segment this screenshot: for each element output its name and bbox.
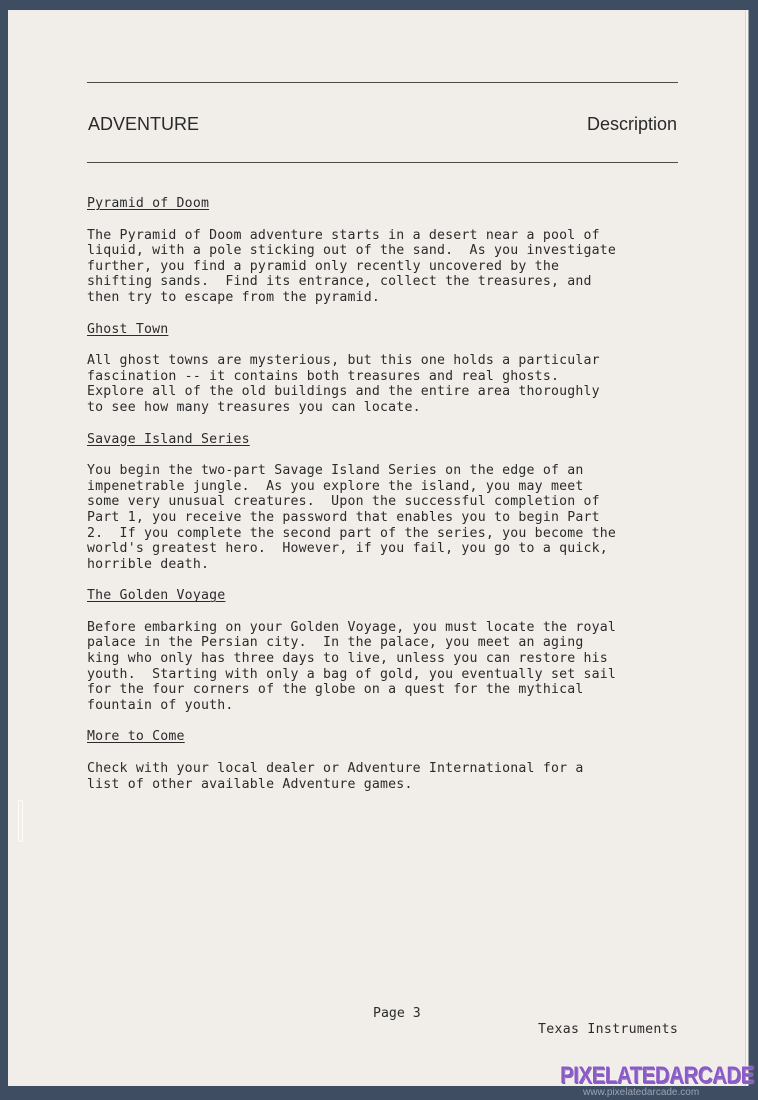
watermark-url: www.pixelatedarcade.com: [583, 1087, 699, 1098]
header-left-title: ADVENTURE: [88, 114, 199, 135]
page-content: Pyramid of Doom The Pyramid of Doom adve…: [87, 196, 707, 808]
section-body: All ghost towns are mysterious, but this…: [87, 353, 707, 415]
section-golden-voyage: The Golden Voyage Before embarking on yo…: [87, 588, 707, 713]
section-pyramid-of-doom: Pyramid of Doom The Pyramid of Doom adve…: [87, 196, 707, 306]
section-title: More to Come: [87, 729, 707, 745]
header-right-title: Description: [587, 114, 677, 135]
section-title: The Golden Voyage: [87, 588, 707, 604]
header-rule-top: [87, 82, 678, 83]
page-crease: [18, 800, 23, 842]
section-title: Ghost Town: [87, 322, 707, 338]
section-title: Savage Island Series: [87, 432, 707, 448]
section-ghost-town: Ghost Town All ghost towns are mysteriou…: [87, 322, 707, 416]
section-savage-island-series: Savage Island Series You begin the two-p…: [87, 432, 707, 573]
section-body: Before embarking on your Golden Voyage, …: [87, 620, 707, 714]
page-number: Page 3: [373, 1006, 421, 1021]
section-title: Pyramid of Doom: [87, 196, 707, 212]
footer-brand: Texas Instruments: [538, 1022, 678, 1037]
header-rule-bottom: [87, 162, 678, 163]
watermark-logo: PIXELATEDARCADE: [560, 1062, 754, 1090]
section-more-to-come: More to Come Check with your local deale…: [87, 729, 707, 792]
section-body: The Pyramid of Doom adventure starts in …: [87, 228, 707, 306]
section-body: Check with your local dealer or Adventur…: [87, 761, 707, 792]
section-body: You begin the two-part Savage Island Ser…: [87, 463, 707, 572]
